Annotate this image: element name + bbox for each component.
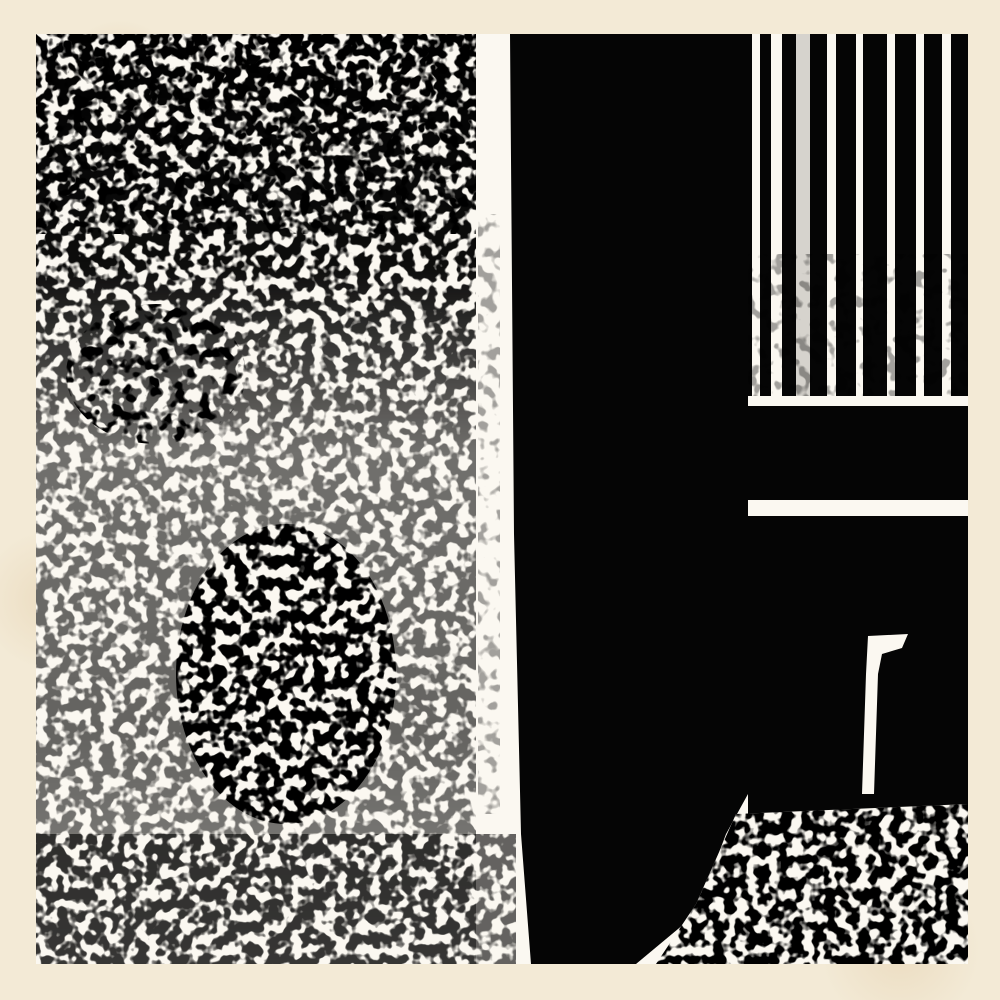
photograph xyxy=(36,34,968,964)
dark-pillar xyxy=(510,34,748,964)
paper-frame xyxy=(0,0,1000,1000)
stone-wall xyxy=(36,34,496,964)
window-ledge xyxy=(748,406,968,826)
window-grille xyxy=(748,34,968,406)
photo-artwork xyxy=(36,34,968,964)
